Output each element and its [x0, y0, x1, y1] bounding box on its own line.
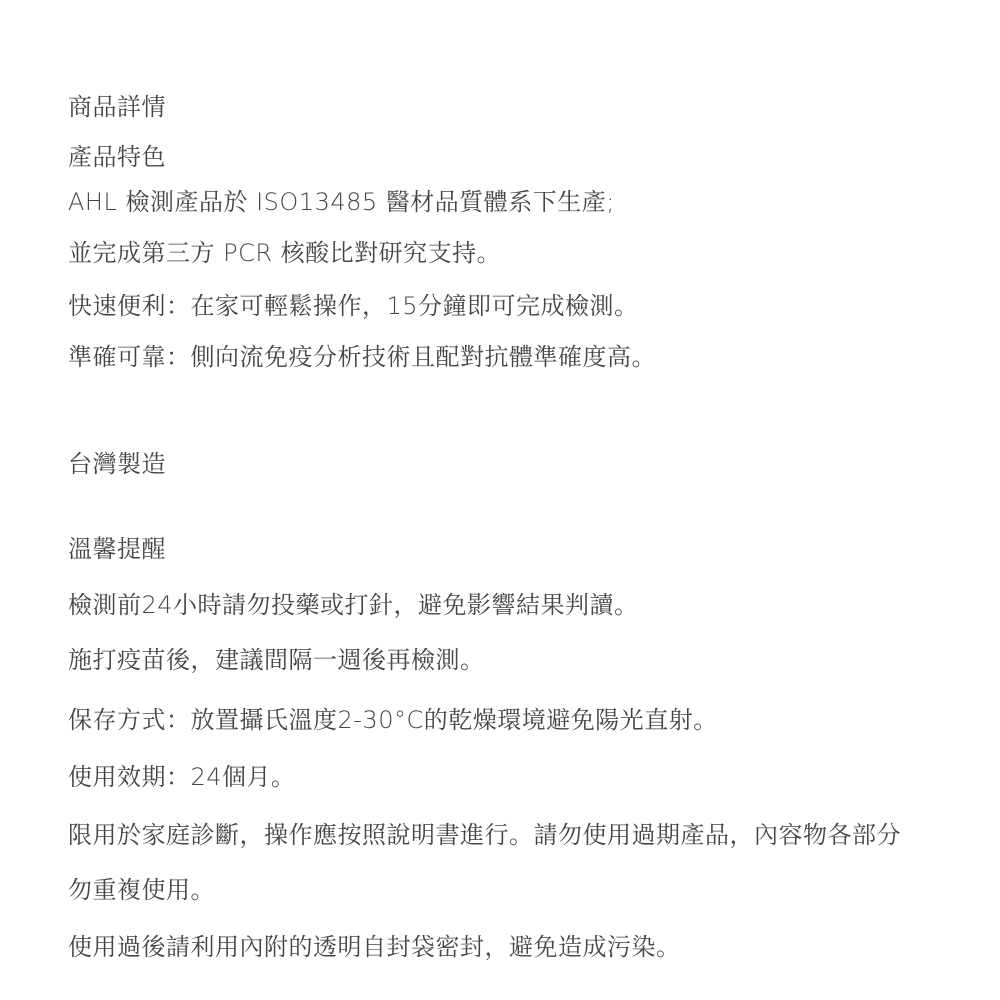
reminder-line-home-use: 限用於家庭診斷，操作應按照說明書進行。請勿使用過期產品，內容物各部分: [68, 820, 901, 850]
reminder-line-disposal: 使用過後請利用內附的透明自封袋密封，避免造成污染。: [68, 932, 681, 962]
made-in-taiwan-label: 台灣製造: [68, 449, 166, 479]
feature-line-iso: AHL 檢測產品於 ISO13485 醫材品質體系下生產;: [68, 187, 615, 217]
feature-line-accurate: 準確可靠：側向流免疫分析技術且配對抗體準確度高。: [68, 342, 656, 372]
product-features-heading: 產品特色: [68, 142, 166, 172]
reminder-line-no-medication: 檢測前24小時請勿投藥或打針，避免影響結果判讀。: [68, 590, 639, 620]
reminders-title: 溫馨提醒: [68, 534, 166, 564]
reminder-line-storage: 保存方式：放置攝氏溫度2-30°C的乾燥環境避免陽光直射。: [68, 705, 718, 735]
feature-line-fast: 快速便利：在家可輕鬆操作，15分鐘即可完成檢測。: [68, 291, 639, 321]
feature-line-pcr: 並完成第三方 PCR 核酸比對研究支持。: [68, 238, 501, 268]
reminder-line-no-reuse: 勿重複使用。: [68, 875, 215, 905]
product-details-title: 商品詳情: [68, 92, 166, 122]
reminder-line-shelf-life: 使用效期：24個月。: [68, 762, 296, 792]
reminder-line-vaccine: 施打疫苗後，建議間隔一週後再檢測。: [68, 645, 485, 675]
